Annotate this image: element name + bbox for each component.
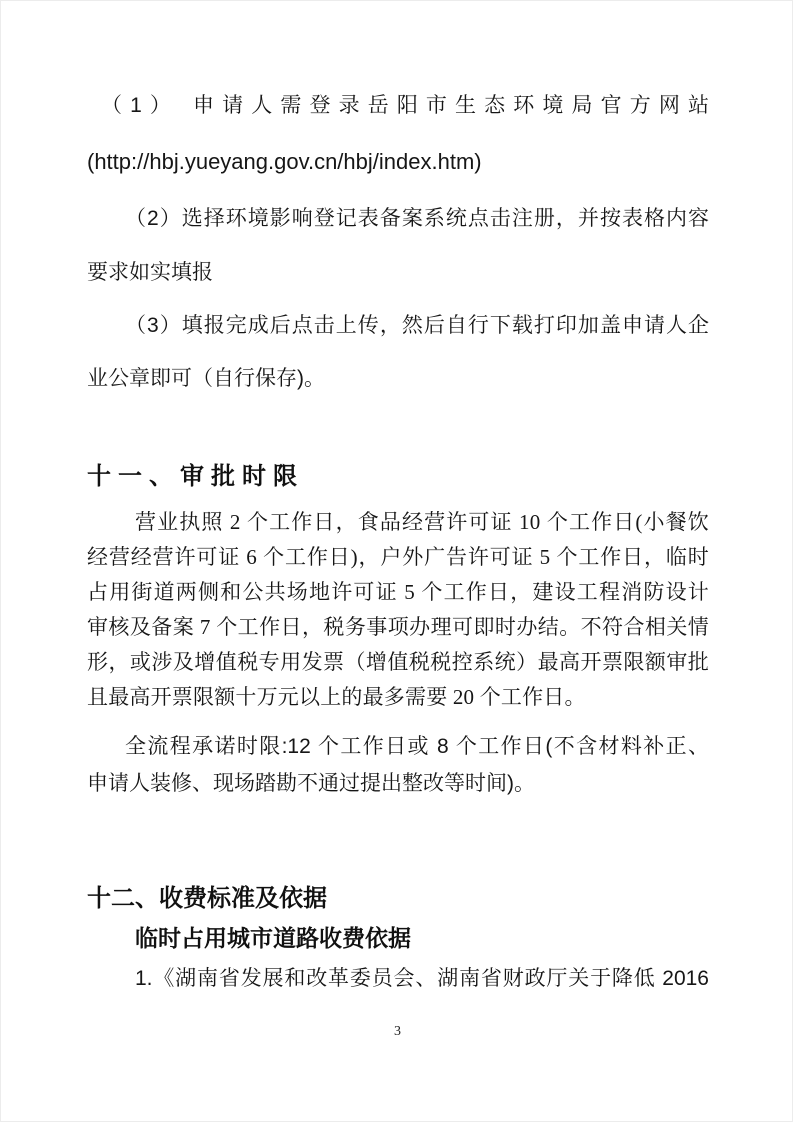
section11-body-line: 审核及备案 7 个工作日，税务事项办理可即时办结。不符合相关情 xyxy=(87,612,709,642)
section11-body-line: 营业执照 2 个工作日，食品经营许可证 10 个工作日(小餐饮 xyxy=(87,507,709,537)
step1-line1: （1） 申请人需登录岳阳市生态环境局官方网站 xyxy=(87,91,709,121)
step3-line2: 业公章即可（自行保存)。 xyxy=(87,364,709,394)
section11-body-line: 经营经营许可证 6 个工作日)，户外广告许可证 5 个工作日，临时 xyxy=(87,542,709,572)
section11-heading: 十一、审批时限 xyxy=(87,461,709,493)
section11-promise-line: 全流程承诺时限:12 个工作日或 8 个工作日(不含材料补正、 xyxy=(87,732,709,762)
document-page: （1） 申请人需登录岳阳市生态环境局官方网站 (http://hbj.yueya… xyxy=(0,0,793,1122)
step2-line1: （2）选择环境影响登记表备案系统点击注册，并按表格内容 xyxy=(87,204,709,234)
section11-body-line: 形，或涉及增值税专用发票（增值税税控系统）最高开票限额审批 xyxy=(87,647,709,677)
section12-item1: 1.《湖南省发展和改革委员会、湖南省财政厅关于降低 2016 xyxy=(87,964,709,994)
section12-heading: 十二、收费标准及依据 xyxy=(87,883,709,915)
step3-line1: （3）填报完成后点击上传，然后自行下载打印加盖申请人企 xyxy=(87,311,709,341)
step1-url: (http://hbj.yueyang.gov.cn/hbj/index.htm… xyxy=(87,147,709,177)
section11-promise-line: 申请人装修、现场踏勘不通过提出整改等时间)。 xyxy=(87,769,709,799)
step2-line2: 要求如实填报 xyxy=(87,258,709,288)
page-number: 3 xyxy=(1,1023,793,1041)
section11-body-line: 且最高开票限额十万元以上的最多需要 20 个工作日。 xyxy=(87,682,709,712)
section11-body-line: 占用街道两侧和公共场地许可证 5 个工作日，建设工程消防设计 xyxy=(87,577,709,607)
section12-subheading: 临时占用城市道路收费依据 xyxy=(87,922,709,954)
